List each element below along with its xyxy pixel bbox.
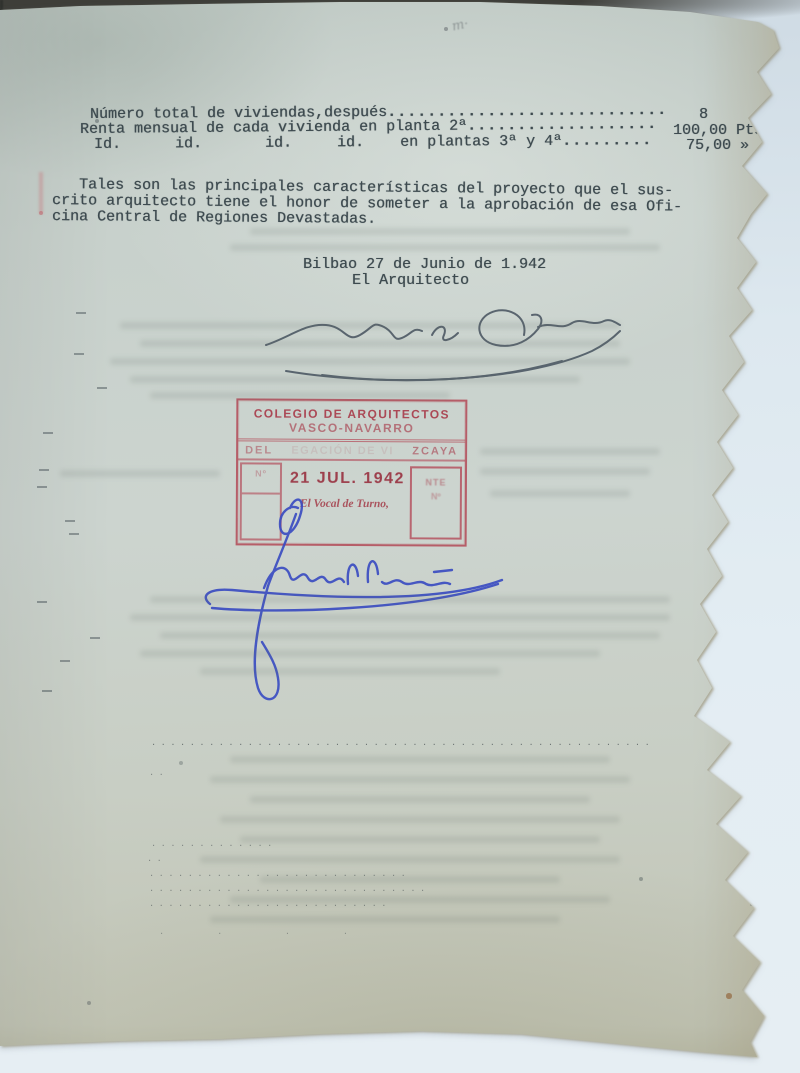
bleedthrough-dash — [76, 312, 86, 314]
bleedthrough-ghost-line — [140, 650, 600, 657]
stamp-delegation-middle: EGACIÓN DE VI — [291, 444, 394, 457]
red-ink-smear — [39, 172, 43, 214]
bleedthrough-dash — [43, 432, 53, 434]
bleedthrough-ghost-line — [130, 376, 580, 383]
dateline: Bilbao 27 de Junio de 1.942 — [303, 257, 546, 272]
bleedthrough-dash — [37, 486, 47, 488]
photo-of-document: m· Número total de viviendas,después....… — [0, 0, 800, 1073]
bleedthrough-ghost-line — [240, 836, 600, 843]
stamp-right-box-line1: NTE — [412, 477, 460, 487]
bleedthrough-ghost-line — [140, 340, 620, 347]
bleedthrough-dash — [90, 637, 100, 639]
bleedthrough-ghost-line — [480, 448, 660, 455]
bleedthrough-dash — [65, 520, 75, 522]
bleedthrough-ghost-line — [260, 876, 560, 883]
bleedthrough-dotted-row: .. — [148, 853, 167, 864]
bleedthrough-ghost-line — [230, 896, 610, 903]
vocal-signature — [198, 492, 520, 727]
bleedthrough-ghost-line — [250, 796, 590, 803]
stamp-org-line2: VASCO-NAVARRO — [238, 420, 465, 435]
bleedthrough-dash — [97, 387, 107, 389]
bleedthrough-ghost-line — [120, 322, 620, 329]
document-paper: m· Número total de viviendas,después....… — [0, 0, 800, 1073]
bleedthrough-ghost-line — [210, 916, 560, 923]
bleedthrough-dotted-row: ........................................… — [152, 737, 655, 748]
stamp-left-box-label: Nº — [242, 468, 280, 478]
signer-title: El Arquitecto — [352, 273, 469, 288]
stamp-delegation-left: DEL — [245, 444, 273, 456]
closing-paragraph-line-3: cina Central de Regiones Devastadas. — [52, 209, 376, 227]
bleedthrough-dotted-row: . . . . — [160, 926, 354, 937]
bleedthrough-ghost-line — [200, 856, 620, 863]
row-label: Id. id. id. id. en plantas 3ª y 4ª — [94, 133, 562, 153]
bleedthrough-dotted-row: .. — [150, 767, 169, 778]
bleedthrough-ghost-line — [160, 632, 660, 639]
stamp-org-line1: COLEGIO DE ARQUITECTOS — [238, 406, 465, 421]
bleedthrough-ghost-line — [60, 470, 220, 477]
bleedthrough-ghost-line — [230, 244, 660, 251]
summary-value-total: 8 — [699, 107, 708, 122]
bleedthrough-ghost-line — [130, 614, 670, 621]
bleedthrough-ghost-line — [200, 668, 500, 675]
stamp-delegation-right: ZCAYA — [412, 445, 458, 457]
bleedthrough-ghost-line — [230, 756, 610, 763]
bleedthrough-ghost-line — [110, 358, 630, 365]
bleedthrough-ghost-line — [250, 228, 630, 235]
bleedthrough-dash — [69, 533, 79, 535]
bleedthrough-ghost-line — [490, 490, 630, 497]
bleedthrough-ghost-line — [150, 596, 670, 603]
stamp-delegation-row: DEL EGACIÓN DE VI ZCAYA — [238, 441, 465, 461]
bleedthrough-dash — [42, 690, 52, 692]
bleedthrough-dash — [60, 660, 70, 662]
summary-row-renta-plantas34: Id. id. id. id. en plantas 3ª y 4ª......… — [94, 133, 652, 152]
paper-specks — [0, 0, 2, 2]
stamp-date: 21 JUL. 1942 — [290, 470, 405, 489]
bleedthrough-dash — [39, 469, 49, 471]
bleedthrough-ghost-line — [150, 392, 450, 399]
summary-value-renta-plantas34: 75,00 » — [686, 138, 749, 153]
dot-leader: ......... — [562, 132, 652, 150]
summary-value-renta-planta2: 100,00 Pts — [673, 123, 763, 138]
bleedthrough-ghost-line — [210, 776, 630, 783]
bleedthrough-dash — [74, 353, 84, 355]
bleedthrough-ghost-line — [480, 468, 650, 475]
bleedthrough-dotted-row: ............................. — [150, 883, 431, 894]
bleedthrough-dash — [37, 601, 47, 603]
bleedthrough-ghost-line — [220, 816, 620, 823]
